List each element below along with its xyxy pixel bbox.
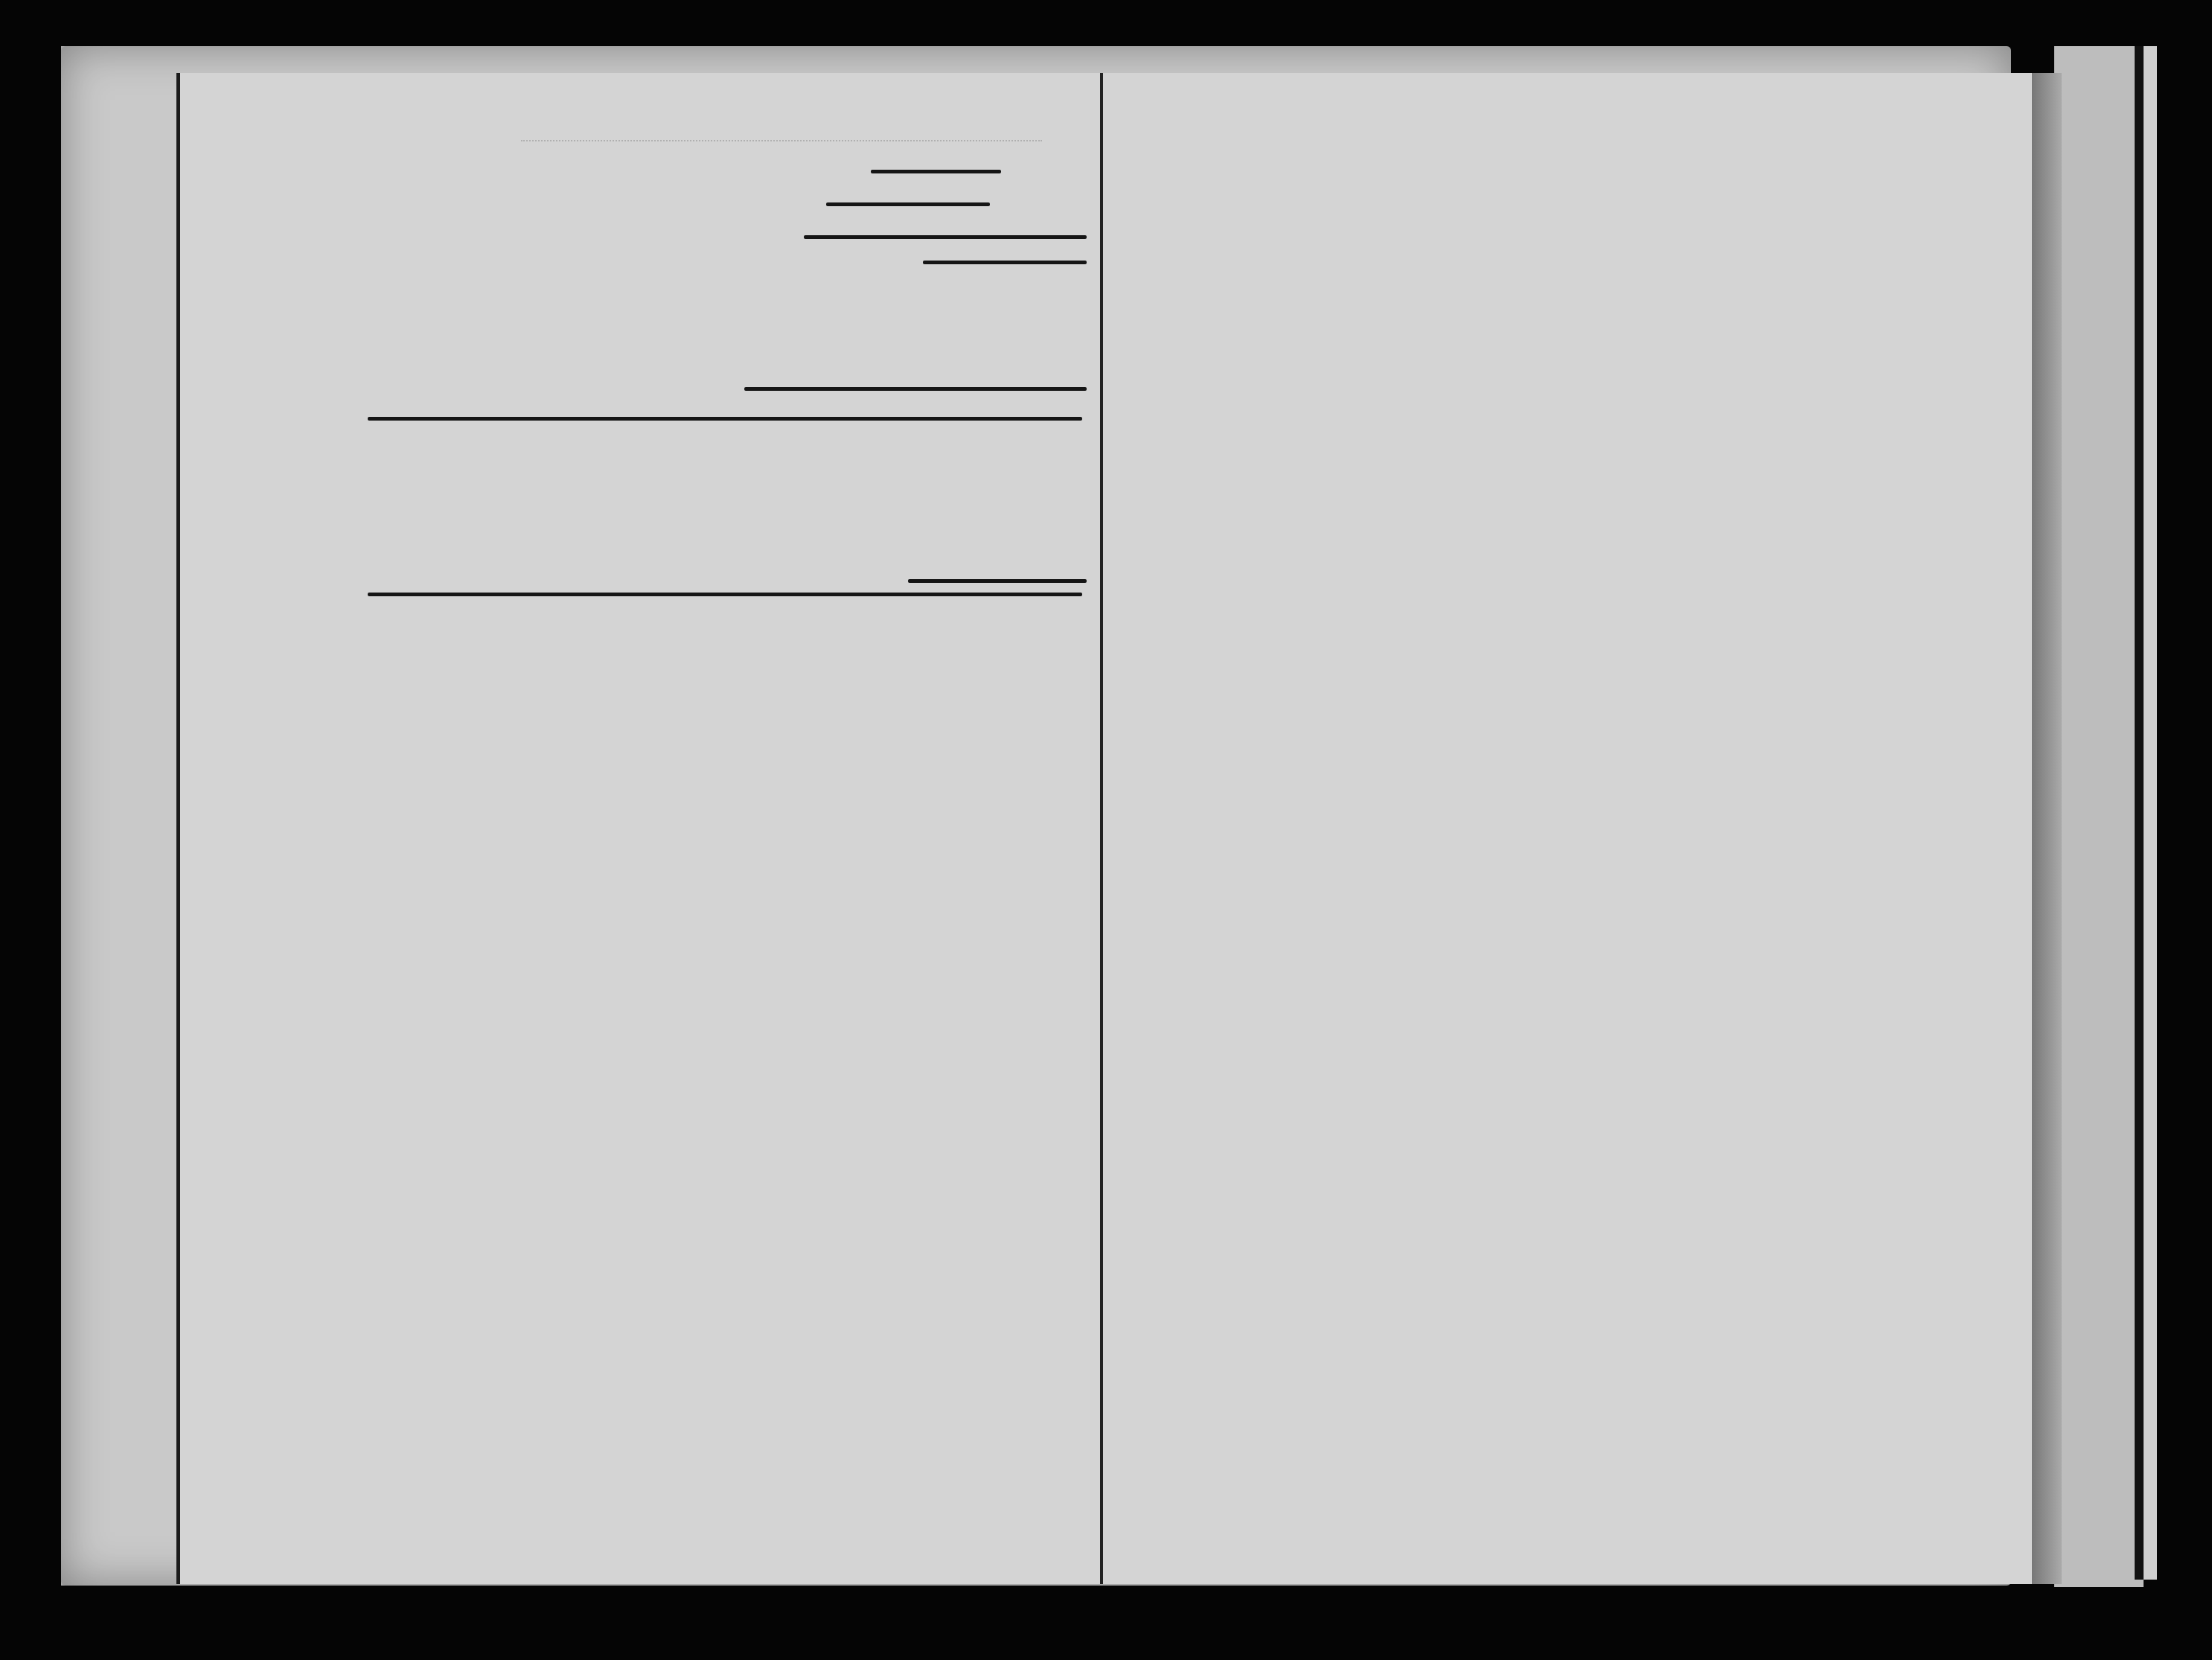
right-binding-edge (2054, 46, 2144, 1587)
left-page (176, 73, 1102, 1584)
right-binding-bar (2135, 46, 2144, 1580)
fill-line (368, 593, 1082, 596)
fill-line (908, 579, 1087, 583)
fill-line (871, 170, 1001, 173)
fill-line (804, 235, 1087, 239)
fill-line (826, 202, 990, 206)
fill-line (923, 261, 1087, 264)
fill-line (368, 417, 1082, 421)
dotted-rule (521, 140, 1042, 141)
right-binding-rim (2144, 46, 2157, 1580)
right-page (1100, 73, 2039, 1584)
fill-line (744, 387, 1087, 391)
page-gutter-shadow (2032, 73, 2062, 1584)
